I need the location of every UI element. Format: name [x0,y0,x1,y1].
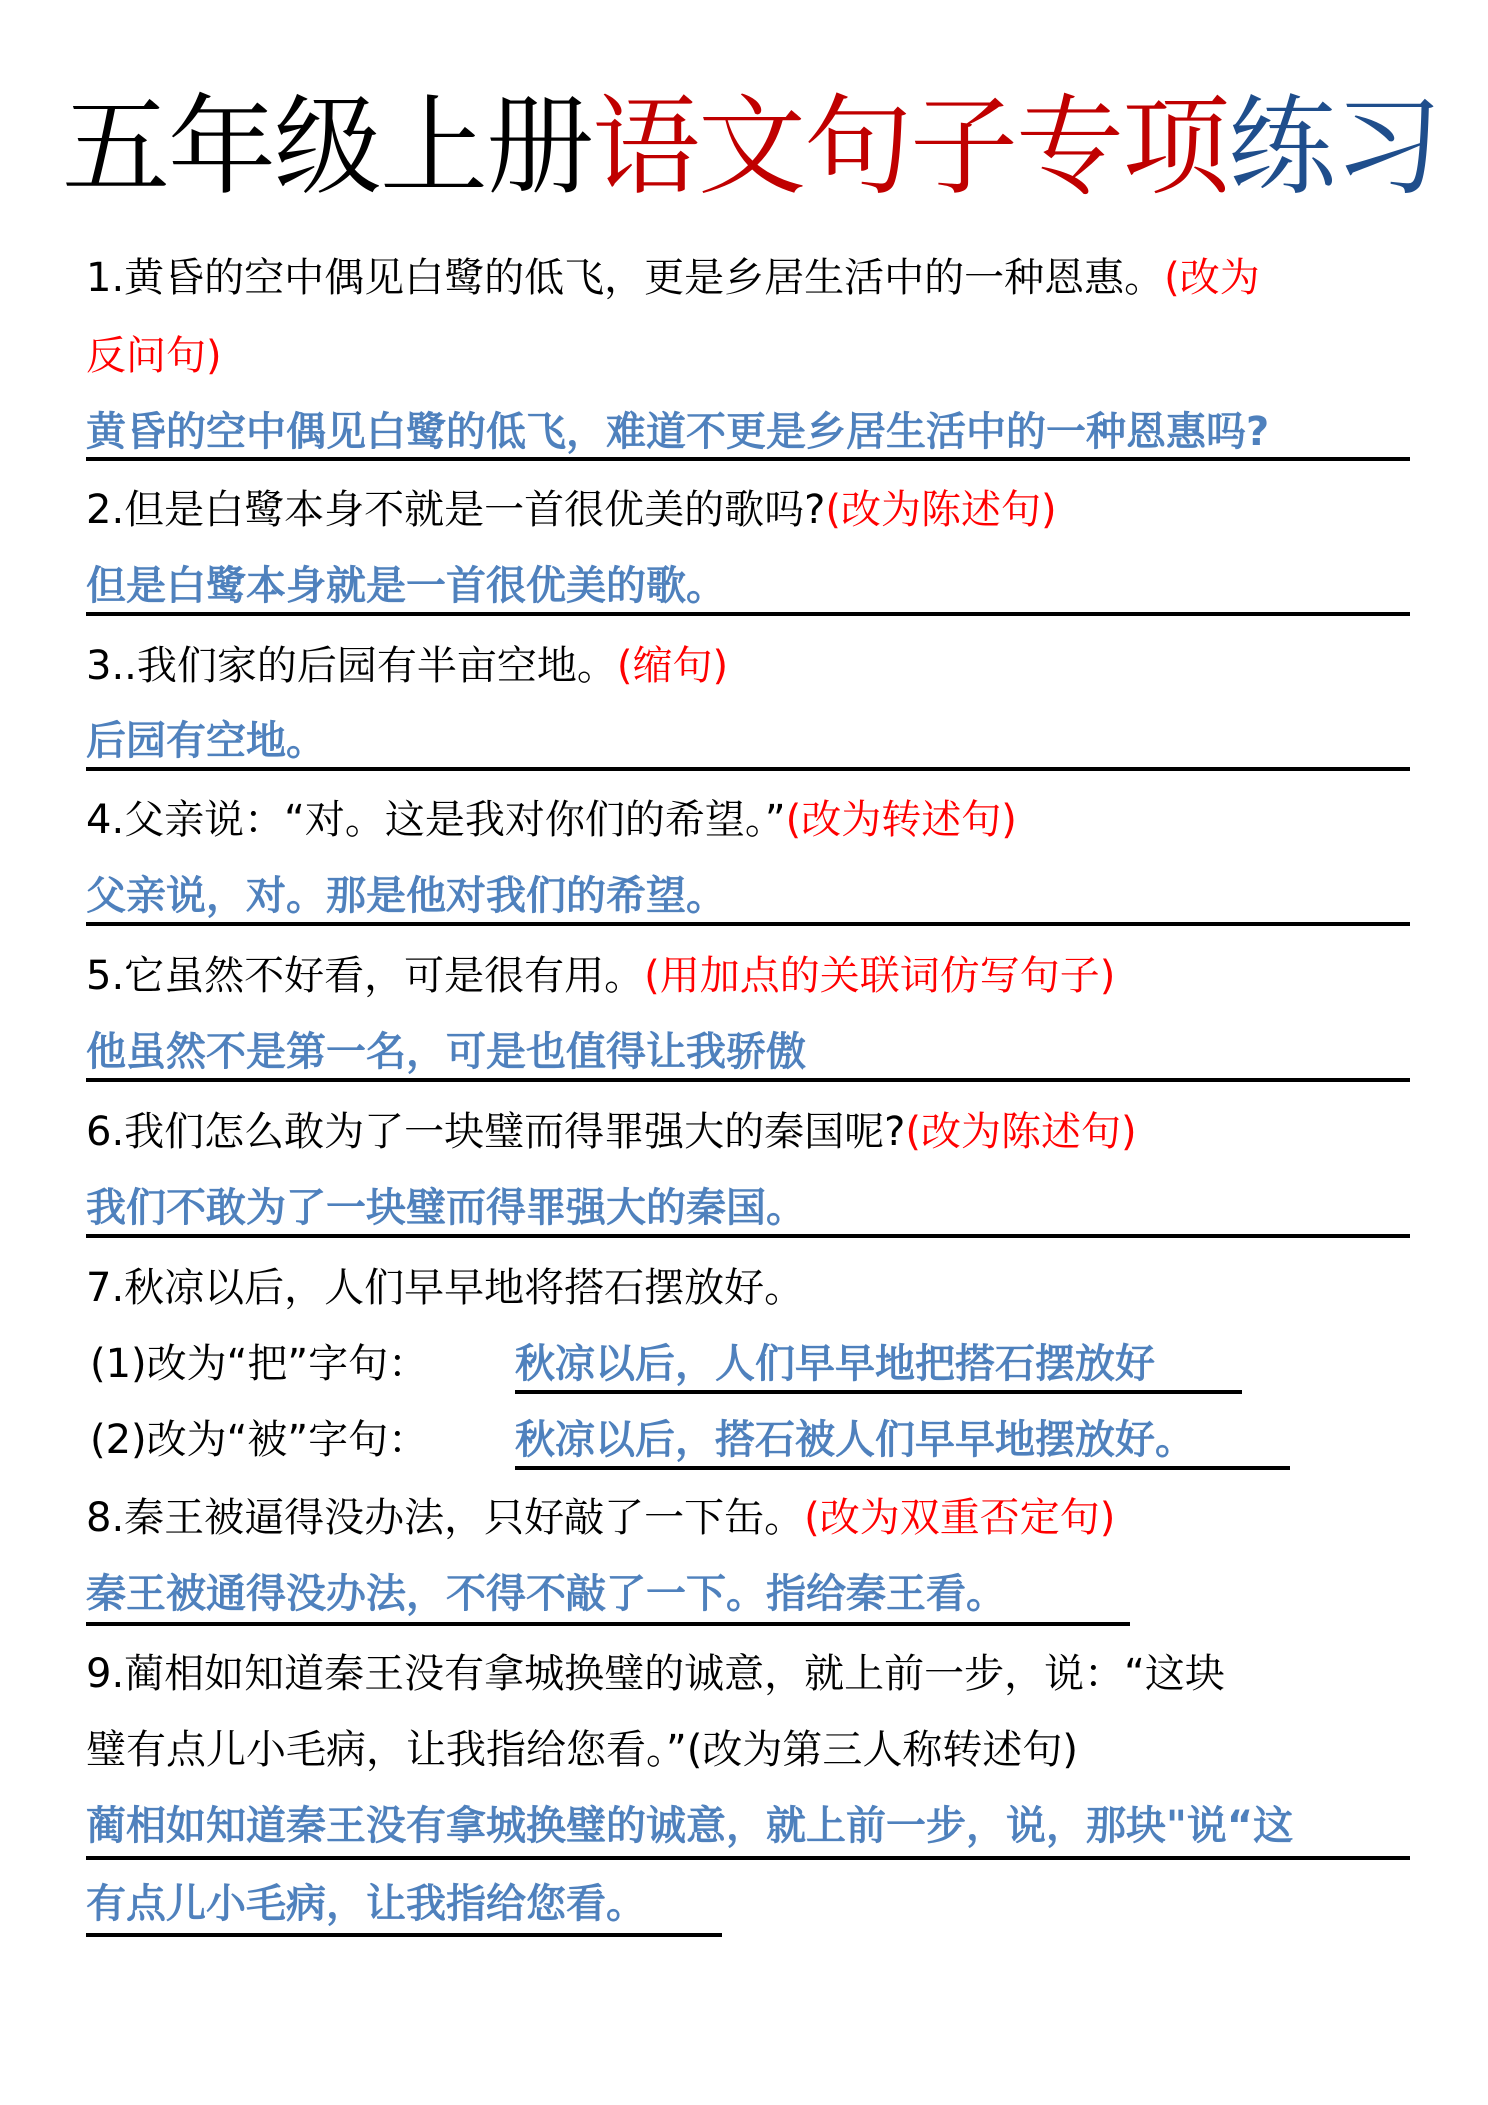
answer-6: 我们不敢为了一块璧而得罪强大的秦国。 [86,1182,806,1234]
question-1: 1.黄昏的空中偶见白鹭的低飞，更是乡居生活中的一种恩惠。(改为 [86,252,1260,304]
question-number: 5. [86,953,124,999]
answer-underline [86,922,1410,926]
answer-7-1: 秋凉以后，人们早早地把搭石摆放好 [515,1338,1155,1390]
answer-underline [86,1234,1410,1238]
question-7-sub-1: (1)改为“把”字句： [90,1338,428,1390]
answer-underline [86,1078,1410,1082]
answer-2: 但是白鹭本身就是一首很优美的歌。 [86,560,726,612]
title-part-subject: 语文句子专项 [592,88,1228,208]
question-1-hint-continued: 反问句) [86,330,222,382]
sub-question-label: (2)改为“被”字句： [90,1417,428,1463]
answer-7-2: 秋凉以后，搭石被人们早早地摆放好。 [515,1414,1195,1466]
answer-9-line-1: 蔺相如知道秦王没有拿城换璧的诚意，就上前一步，说，那块"说“这 [86,1800,1293,1852]
question-text: 它虽然不好看，可是很有用。 [124,953,644,999]
title-part-grade: 五年级上册 [62,88,592,208]
question-5: 5.它虽然不好看，可是很有用。(用加点的关联词仿写句子) [86,950,1115,1002]
sub-question-label: (1)改为“把”字句： [90,1341,428,1387]
answer-3: 后园有空地。 [86,715,326,767]
question-8: 8.秦王被逼得没办法，只好敲了一下缶。(改为双重否定句) [86,1492,1115,1544]
instruction-hint: (改为陈述句) [905,1109,1136,1155]
answer-underline [86,1622,1130,1626]
question-7-sub-2: (2)改为“被”字句： [90,1414,428,1466]
question-text: 蔺相如知道秦王没有拿城换璧的诚意，就上前一步，说：“这块 [124,1651,1225,1697]
answer-4: 父亲说，对。那是他对我们的希望。 [86,870,726,922]
question-text: 秦王被逼得没办法，只好敲了一下缶。 [124,1495,804,1541]
question-text: 我们家的后园有半亩空地。 [137,643,617,689]
question-number: 9. [86,1651,124,1697]
question-number: 3.. [86,643,137,689]
answer-underline [86,457,1410,461]
question-9: 9.蔺相如知道秦王没有拿城换璧的诚意，就上前一步，说：“这块 [86,1648,1225,1700]
answer-1: 黄昏的空中偶见白鹭的低飞，难道不更是乡居生活中的一种恩惠吗? [86,406,1269,458]
question-text: 我们怎么敢为了一块璧而得罪强大的秦国呢? [124,1109,905,1155]
answer-8: 秦王被通得没办法，不得不敲了一下。指给秦王看。 [86,1568,1006,1620]
question-2: 2.但是白鹭本身不就是一首很优美的歌吗?(改为陈述句) [86,484,1057,536]
question-4: 4.父亲说：“对。这是我对你们的希望。”(改为转述句) [86,794,1017,846]
answer-9-line-2: 有点儿小毛病，让我指给您看。 [86,1878,646,1930]
answer-5: 他虽然不是第一名，可是也值得让我骄傲 [86,1026,806,1078]
answer-underline [515,1390,1242,1394]
instruction-hint: (改为双重否定句) [804,1495,1115,1541]
answer-underline [86,1856,1410,1860]
instruction-hint: 反问句) [86,333,222,379]
instruction-hint: (改为转述句) [786,797,1017,843]
question-text: 秋凉以后，人们早早地将搭石摆放好。 [124,1265,804,1311]
question-number: 8. [86,1495,124,1541]
answer-underline [515,1466,1290,1470]
question-6: 6.我们怎么敢为了一块璧而得罪强大的秦国呢?(改为陈述句) [86,1106,1137,1158]
question-7: 7.秋凉以后，人们早早地将搭石摆放好。 [86,1262,804,1314]
question-number: 1. [86,255,124,301]
page-title: 五年级上册语文句子专项练习 [62,88,1440,208]
question-text: 璧有点儿小毛病，让我指给您看。”(改为第三人称转述句) [86,1727,1078,1773]
answer-underline [86,1933,722,1937]
question-9-continued: 璧有点儿小毛病，让我指给您看。”(改为第三人称转述句) [86,1724,1078,1776]
instruction-hint: (改为陈述句) [825,487,1056,533]
question-text: 黄昏的空中偶见白鹭的低飞，更是乡居生活中的一种恩惠。 [124,255,1164,301]
question-number: 6. [86,1109,124,1155]
question-text: 父亲说：“对。这是我对你们的希望。” [124,797,785,843]
instruction-hint: (缩句) [617,643,728,689]
question-number: 2. [86,487,124,533]
answer-underline [86,767,1410,771]
question-number: 7. [86,1265,124,1311]
instruction-hint: (改为 [1164,255,1260,301]
question-3: 3..我们家的后园有半亩空地。(缩句) [86,640,728,692]
instruction-hint: (用加点的关联词仿写句子) [644,953,1115,999]
answer-underline [86,612,1410,616]
title-part-practice: 练习 [1228,88,1440,208]
question-text: 但是白鹭本身不就是一首很优美的歌吗? [124,487,825,533]
question-number: 4. [86,797,124,843]
